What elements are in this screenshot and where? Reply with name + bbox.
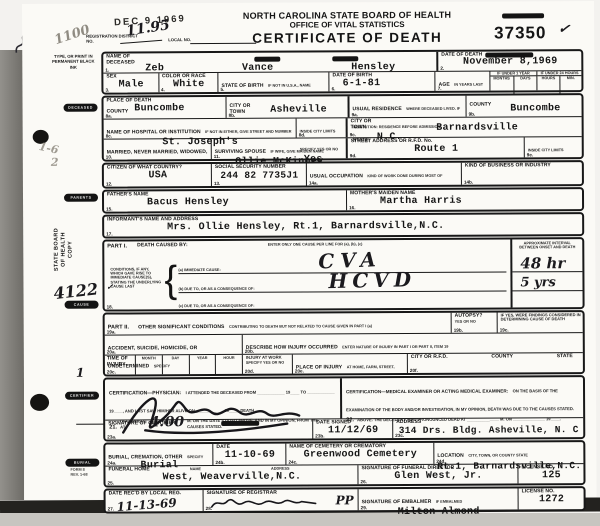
field-sex: SEX Male 3. [103,73,158,92]
embalmer-label: SIGNATURE OF EMBALMER [362,499,432,505]
field-pod-city: CITY OR TOWN Asheville 8b. [225,96,347,118]
field-name-of-deceased: NAME OF DECEASED Zeb Vance Hensley 1. [103,52,436,73]
interval-a-value: 48 hr [520,254,565,272]
field-burial-method: BURIAL, CREMATION, OTHER SPECIFY Burial … [105,444,212,466]
field-registrar-signature: SIGNATURE OF REGISTRAR PP 28. [203,489,358,511]
burial-date-value: 11-10-69 [216,450,283,461]
describe-injury-label: DESCRIBE HOW INJURY OCCURRED [246,344,338,350]
item-number: 14a. [309,180,318,185]
item-number: 19b. [454,328,463,333]
scanner-edge-strip [0,50,24,500]
field-injury-location: CITY OR R.F.D. COUNTY STATE 20f. [407,353,583,373]
hour-column-label: HOUR [215,355,242,374]
field-autopsy-findings: IF YES, WERE FINDINGS CONSIDERED IN DETE… [497,312,583,332]
part1-check: ✓ [106,282,113,292]
item-number: 5. [221,87,225,92]
item-number: 8a. [106,114,112,119]
item-number: 8c. [106,134,112,139]
scanned-death-certificate: { "header": { "stamp_date": "DEC 9 1969"… [0,0,600,526]
form-number-note: FORM 8 REV. 1-68 [70,468,87,478]
line-b-value: HCVD [328,267,416,293]
overinked-label [254,57,280,62]
item-number: 26. [360,479,366,484]
race-value: White [162,80,216,91]
item-number: 4. [161,87,165,92]
margin-tab-certifier: CERTIFIER [65,392,99,400]
hospital-sublabel: IF NOT IN EITHER, GIVE STREET AND NUMBER [205,130,291,134]
field-industry: KIND OF BUSINESS OR INDUSTRY 14b. [461,162,582,185]
field-occupation: USUAL OCCUPATION KIND OF WORK DONE DURIN… [306,163,461,186]
line-a-label: (a) IMMEDIATE CAUSE: [178,268,220,272]
line-b-label: (b) DUE TO, OR AS A CONSEQUENCE OF: [178,287,254,292]
field-accident-suicide: ACCIDENT, SUICIDE, HOMICIDE, OR UNDETERM… [105,335,242,355]
interval-header: APPROXIMATE INTERVAL BETWEEN ONSET AND D… [512,239,582,251]
interval-b: 5 yrs [512,272,582,291]
item-number: 17. [106,232,112,237]
item-number: 25. [107,481,113,486]
industry-label: KIND OF BUSINESS OR INDUSTRY [465,163,580,169]
field-residence-state: USUAL RESIDENCE WHERE DECEASED LIVED. IF… [347,96,465,118]
injury-city-label: CITY OR R.F.D. [411,355,448,361]
field-embalmer-license: LICENSE NO. 1272 [518,488,584,509]
field-time-of-injury: TIME OF INJURY MONTH DAY YEAR HOUR 20c. [105,355,242,375]
father-value: Bacus Hensley [107,197,344,209]
office-name: OFFICE OF VITAL STATISTICS [202,20,492,31]
item-number: 11. [214,154,220,159]
item-number: 9c. [350,132,356,137]
line-c-label: (c) DUE TO, OR AS A CONSEQUENCE OF: [179,304,255,309]
funeral-home-value: West, Weaverville,N.C. [108,472,355,484]
item-number: 14b. [464,180,473,185]
residence-county-label: COUNTY [470,103,492,109]
field-certifier-address: ADDRESS 314 Drs. Bldg. Asheville, N. C 2… [392,418,583,438]
item-number: 18. [107,305,113,310]
field-date-of-death: DATE OF DEATH November 8,1969 2. [436,51,581,71]
caused-by-label: DEATH CAUSED BY: [137,243,188,250]
item-number: 20d. [245,369,254,374]
section-citizen-occupation: CITIZEN OF WHAT COUNTRY? USA 12. SOCIAL … [102,160,584,189]
field-cemetery-location: LOCATION CITY, TOWN, OR COUNTY STATE Rt.… [433,442,583,464]
field-burial-date: DATE 11-10-69 24b. [212,444,285,465]
part1-main: PART I. DEATH CAUSED BY: ENTER ONLY ONE … [104,239,510,309]
item-number: 23b. [315,433,324,438]
certificate-title: CERTIFICATE OF DEATH [202,30,492,47]
section-disposition: BURIAL, CREMATION, OTHER SPECIFY Burial … [103,440,585,488]
item-number: 20a. [107,350,116,355]
item-number: 13. [214,181,220,186]
field-residence-inside-city-limits: INSIDE CITY LIMITS SPECIFY YES OR NO No … [524,137,582,157]
cemetery-value: Greenwood Cemetery [289,450,431,461]
ink-blob [30,394,49,411]
injury-county-label: COUNTY [491,354,513,360]
field-funeral-home: FUNERAL HOME NAME ADDRESS West, Weavervi… [105,465,357,485]
margin-tab-deceased: DECEASED [64,104,98,112]
section-informant: INFORMANT'S NAME AND ADDRESS Mrs. Ollie … [102,212,584,239]
item-number: 27. [108,507,114,512]
funeral-home-label: FUNERAL HOME [108,467,149,473]
informant-value: Mrs. Ollie Hensley, Rt.1, Barnardsville,… [107,221,580,234]
item-number: 15. [106,207,112,212]
field-date-received: DATE REC'D BY LOCAL REG. 11-13-69 27. [106,490,203,512]
margin-handwriting-4122: 4122 [53,279,99,303]
describe-injury-sublabel: ENTER NATURE OF INJURY IN PART I OR PART… [342,345,448,350]
field-street-address: STREET ADDRESS OR R.F.D. No. Route 1 9d. [346,137,524,158]
copy-designation: STATE BOARD OF HEALTH COPY [53,216,75,282]
autopsy-sublabel: YES OR NO [455,319,495,323]
item-number: 9b. [469,112,476,117]
funeral-director-value: Glen West, Jr. [361,471,515,482]
item-number: 3. [105,88,109,93]
field-autopsy: AUTOPSY? YES OR NO 19b. [451,313,497,333]
form-header: NORTH CAROLINA STATE BOARD OF HEALTH OFF… [202,10,492,47]
state-of-birth-label: STATE OF BIRTH [221,83,263,89]
spouse-sublabel: IF WIFE, GIVE MAIDEN NAME [270,149,323,153]
ssn-value: 244 82 7735J1 [215,170,304,180]
registrar-pp-mark: PP [336,493,354,507]
item-number: 20c. [107,370,116,375]
margin-pencil-mark: 1-6 [38,140,60,157]
certificate-form: NAME OF DECEASED Zeb Vance Hensley 1. DA… [101,49,585,515]
section-part2-injury: PART II. OTHER SIGNIFICANT CONDITIONS CO… [103,310,585,377]
residence-city-value: Barnardsville [351,123,580,135]
field-funeral-director-signature: SIGNATURE OF FUNERAL DIRECTOR Glen West,… [357,464,517,484]
item-number: 8b. [229,113,236,118]
item-number: 10. [106,155,112,160]
item-number: 8d. [299,133,306,138]
field-injury-at-work: INJURY AT WORK SPECIFY YES OR NO 20d. [242,355,292,374]
injury-at-work-sublabel: SPECIFY YES OR NO [246,360,290,364]
field-surviving-spouse: SURVIVING SPOUSE IF WIFE, GIVE MAIDEN NA… [211,138,346,159]
overinked-label [502,13,544,18]
field-marital-status: MARRIED, NEVER MARRIED, WIDOWED, DIVORCE… [104,139,211,160]
field-residence-county: COUNTY Buncombe 9b. [465,95,581,117]
item-number: 23c. [395,433,404,438]
field-describe-injury: DESCRIBE HOW INJURY OCCURRED ENTER NATUR… [242,333,583,354]
address-value: 314 Drs. Bldg. Asheville, N. C [396,425,581,436]
residence-city-label: CITY OR TOWN [351,119,375,131]
location-sublabel: CITY, TOWN, OR COUNTY STATE [468,453,528,457]
item-number: 23a. [107,435,116,440]
me-cert-title: CERTIFICATION—MEDICAL EXAMINER OR ACTING… [346,388,508,394]
field-place-of-injury: PLACE OF INJURY AT HOME, FARM, STREET, F… [292,354,407,374]
field-other-significant-conditions: PART II. OTHER SIGNIFICANT CONDITIONS CO… [105,313,451,335]
field-if-under-24-hours: IF UNDER 24 HOURS HOURS MIN. [537,71,582,90]
header-checkmark: ✓ [557,20,571,37]
item-number: 7. [438,86,442,91]
interval-c [513,291,583,305]
pod-county-value: Buncombe [134,104,184,115]
section-deceased: NAME OF DECEASED Zeb Vance Hensley 1. DA… [101,49,583,95]
overinked-label [332,56,358,61]
findings-label: IF YES, WERE FINDINGS CONSIDERED IN DETE… [501,313,581,322]
item-number: 12. [106,182,112,187]
certificate-number: 37350 [494,23,546,43]
item-number: 6. [332,86,336,91]
item-number: 24a. [107,461,116,466]
part2-sublabel: CONTRIBUTING TO DEATH BUT NOT RELATED TO… [229,324,372,329]
field-embalmer-signature: SIGNATURE OF EMBALMER IF EMBALMED Milton… [358,488,518,510]
item-number: 20b. [245,349,254,354]
year-column-label: YEAR [188,355,215,374]
certification-medical-examiner: CERTIFICATION—MEDICAL EXAMINER OR ACTING… [340,377,583,418]
section-certification: CERTIFICATION—PHYSICIAN: I ATTENDED THE … [103,375,585,442]
section-registrar: DATE REC'D BY LOCAL REG. 11-13-69 27. SI… [104,486,586,514]
mother-value: Martha Harris [350,196,580,208]
field-mother-name: MOTHER'S MAIDEN NAME Martha Harris 16. [346,189,582,210]
injury-state-label: STATE [557,354,573,360]
item-number: 9d. [350,153,357,158]
margin-tab-parents: PARENTS [64,194,98,202]
part1-label: PART I. [107,243,127,249]
date-of-birth-value: 6-1-81 [333,79,433,90]
citizen-value: USA [107,171,209,182]
field-father-name: FATHER'S NAME Bacus Hensley 15. [104,190,346,211]
spouse-label: SURVIVING SPOUSE [215,149,266,155]
street-address-value: Route 1 [351,144,522,155]
margin-short-line [76,424,106,425]
interval-b-value: 5 yrs [520,275,555,290]
item-number: 9a. [352,112,358,117]
item-number: 20e. [295,369,304,374]
field-citizen: CITIZEN OF WHAT COUNTRY? USA 12. [104,164,211,187]
certifier-signature [115,386,305,439]
type-print-note: TYPE, OR PRINT IN PERMANENT BLACK INK [50,54,96,70]
license-value: 125 [521,471,581,482]
part2-title: OTHER SIGNIFICANT CONDITIONS [138,324,224,330]
item-number: 24b. [215,460,224,465]
burial-method-sublabel: SPECIFY [187,455,203,459]
embalmer-sublabel: IF EMBALMED [436,500,462,504]
field-state-of-birth: STATE OF BIRTH IF NOT IN U.S.A., NAME CO… [217,72,328,92]
item-number: 9e. [527,152,533,157]
date-signed-value: 11/12/69 [316,426,390,437]
item-number: 29. [361,505,367,510]
field-ssn: SOCIAL SECURITY NUMBER 244 82 7735J1 13. [211,164,306,186]
item-number: 28. [206,506,212,511]
field-cemetery: NAME OF CEMETERY OR CREMATORY Greenwood … [285,443,433,465]
sex-value: Male [106,80,156,91]
form-note-line: REV. 1-68 [70,473,87,478]
item-number: 24c. [288,460,297,465]
field-date-signed: DATE SIGNED 11/12/69 23b. [312,419,392,438]
item-number: 16. [349,205,355,210]
field-color-or-race: COLOR OR RACE White 4. [158,73,218,92]
item-number: 24d. [436,459,445,464]
hospital-label: NAME OF HOSPITAL OR INSTITUTION [107,129,201,135]
registrar-signature [210,495,320,510]
item-number: 1. [105,68,109,73]
field-if-under-1-year: IF UNDER 1 YEAR MONTHS DAYS [489,71,537,90]
field-hospital: NAME OF HOSPITAL OR INSTITUTION IF NOT I… [104,119,296,139]
field-director-license: LICENSE NO. 125 [517,464,583,483]
occupation-label: USUAL OCCUPATION [310,173,363,179]
interval-a: 48 hr [512,251,582,272]
day-column-label: DAY [162,355,189,374]
item-number: 20f. [410,368,418,373]
margin-pencil-mark: 2 [51,156,59,169]
field-residence-city: CITY OR TOWN Barnardsville 9c. [346,117,582,137]
field-informant: INFORMANT'S NAME AND ADDRESS Mrs. Ollie … [104,214,582,237]
conditions-note: CONDITIONS, IF ANY, WHICH GAVE RISE TO I… [110,267,162,288]
name-label: NAME OF DECEASED [106,54,140,66]
field-pod-county: PLACE OF DEATH COUNTY Buncombe 8a. [103,97,225,119]
field-pod-inside-city-limits: INSIDE CITY LIMITS SPECIFY YES OR NO Yes… [296,118,346,137]
cause-line-b: (b) DUE TO, OR AS A CONSEQUENCE OF: HCVD [178,272,506,293]
month-column-label: MONTH [135,355,162,374]
field-age: AGE IN YEARS LAST BIRTHDAY 88 7. [435,72,490,91]
margin-tab-cause: CAUSE [65,301,99,309]
margin-mark-1: 1 [76,366,84,380]
part1-interval-column: APPROXIMATE INTERVAL BETWEEN ONSET AND D… [510,239,582,307]
residence-header: USUAL RESIDENCE [353,106,402,112]
local-no-label: LOCAL NO. [168,37,191,42]
section-place-and-residence: PLACE OF DEATH COUNTY Buncombe 8a. CITY … [101,93,583,162]
item-number: 19a. [107,330,116,335]
margin-tab-burial: BURIAL [65,459,99,467]
conditions-brace: { [164,259,177,302]
license-value: 1272 [522,495,582,506]
section-cause-of-death: PART I. DEATH CAUSED BY: ENTER ONLY ONE … [102,237,584,312]
field-signature-of-certifier: SIGNATURE OF CERTIFIER 23a. [105,419,312,439]
section-parents: FATHER'S NAME Bacus Hensley 15. MOTHER'S… [102,187,584,214]
embalmer-value: Milton Almond [362,507,516,518]
item-number: 2. [440,66,444,71]
item-number: 19c. [500,327,509,332]
date-of-death-value: November 8,1969 [441,57,579,68]
field-date-of-birth: DATE OF BIRTH 6-1-81 6. [329,72,435,92]
cause-line-c: (c) DUE TO, OR AS A CONSEQUENCE OF: [179,291,507,309]
certificate-paper: 1100 DEC 9 1969 REGISTRATION DISTRICT NO… [22,1,597,500]
copy-line: COPY [68,216,75,282]
